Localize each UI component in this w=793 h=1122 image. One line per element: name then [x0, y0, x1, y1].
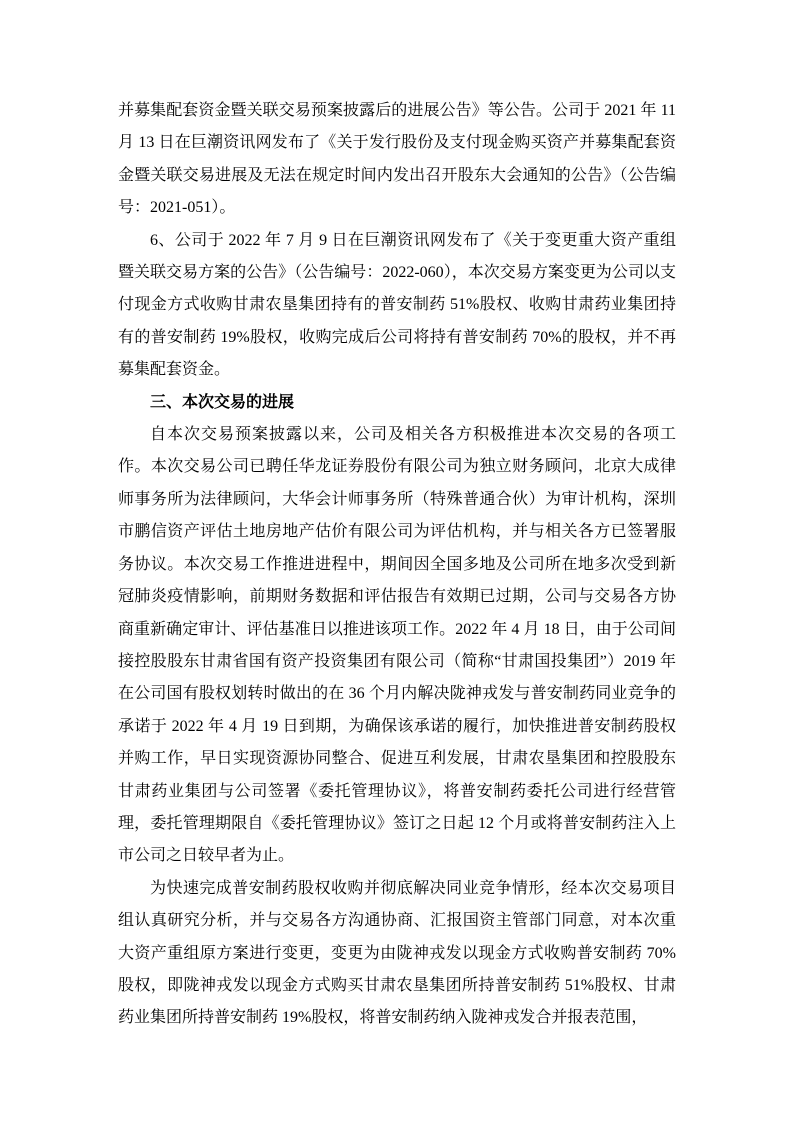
- paragraph: 为快速完成普安制药股权收购并彻底解决同业竞争情形，经本次交易项目组认真研究分析，…: [118, 873, 676, 1035]
- document-body: 并募集配套资金暨关联交易预案披露后的进展公告》等公告。公司于 2021 年 11…: [118, 95, 676, 1035]
- paragraph-continuation: 并募集配套资金暨关联交易预案披露后的进展公告》等公告。公司于 2021 年 11…: [118, 95, 676, 225]
- section-heading: 三、本次交易的进展: [118, 387, 676, 419]
- paragraph: 自本次交易预案披露以来，公司及相关各方积极推进本次交易的各项工作。本次交易公司已…: [118, 419, 676, 873]
- paragraph: 6、公司于 2022 年 7 月 9 日在巨潮资讯网发布了《关于变更重大资产重组…: [118, 225, 676, 387]
- document-page: 并募集配套资金暨关联交易预案披露后的进展公告》等公告。公司于 2021 年 11…: [0, 0, 793, 1122]
